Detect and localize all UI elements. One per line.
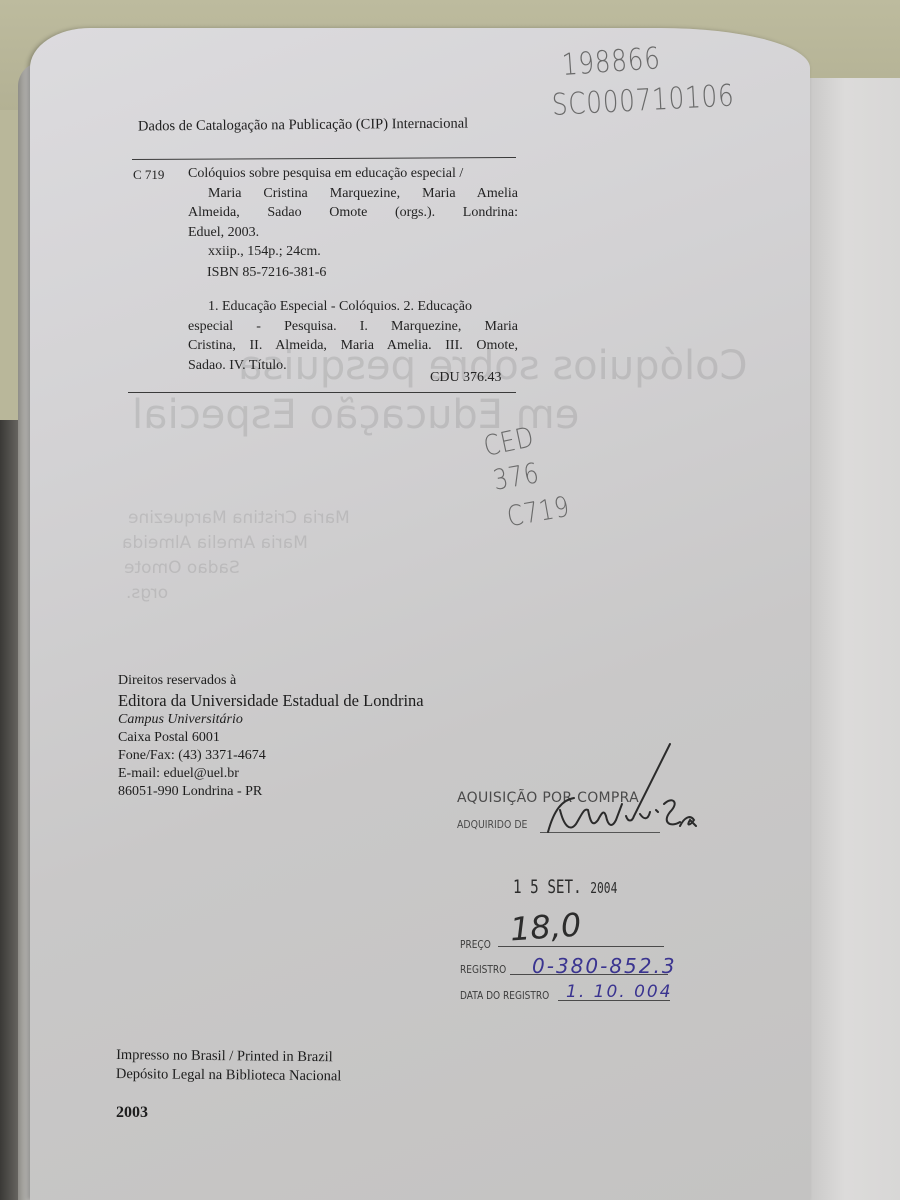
cip-entry-line: Almeida, Sadao Omote (orgs.). Londrina: (188, 203, 518, 223)
cip-entry-line: Maria Cristina Marquezine, Maria Amelia (188, 184, 518, 204)
printed-in: Impresso no Brasil / Printed in Brazil (116, 1046, 342, 1067)
facing-page-edge (808, 78, 900, 1200)
publisher-address: 86051-990 Londrina - PR (118, 783, 424, 801)
cip-entry-line: Colóquios sobre pesquisa em educação esp… (188, 164, 518, 184)
subject-line: Cristina, II. Almeida, Maria Amelia. III… (188, 336, 518, 356)
publisher-phone: Fone/Fax: (43) 3371-4674 (118, 747, 424, 765)
registry-label: REGISTRO (460, 963, 506, 976)
price-value: 18,0 (509, 906, 583, 949)
imprint-info: Impresso no Brasil / Printed in Brazil D… (116, 1046, 342, 1086)
registry-value: 0-380-852.3 (532, 954, 677, 978)
publisher-campus: Campus Universitário (118, 711, 424, 729)
cip-header: Dados de Catalogação na Publicação (CIP)… (138, 116, 468, 136)
show-through-editor: Sadao Omote (124, 558, 240, 578)
cip-bottom-rule (128, 392, 516, 393)
cip-subjects: 1. Educação Especial - Colóquios. 2. Edu… (188, 297, 518, 375)
call-number: C 719 (133, 165, 164, 185)
date-stamp: 1 5 SET. 2004 (513, 876, 617, 898)
date-year: 2004 (590, 879, 617, 897)
cdu-classification: CDU 376.43 (430, 370, 502, 386)
isbn: ISBN 85-7216-381-6 (207, 265, 326, 281)
cip-entry-line: xxiip., 154p.; 24cm. (188, 242, 518, 262)
rights-statement: Direitos reservados à (118, 672, 424, 690)
cip-entry: Colóquios sobre pesquisa em educação esp… (188, 164, 518, 262)
price-label: PREÇO (460, 938, 491, 951)
subject-line: 1. Educação Especial - Colóquios. 2. Edu… (188, 297, 518, 317)
handwritten-acquisition-number: 198866 (561, 41, 662, 83)
acquired-from-label: ADQUIRIDO DE (457, 818, 527, 831)
registry-date-label: DATA DO REGISTRO (460, 989, 549, 1002)
publisher-email: E-mail: eduel@uel.br (118, 765, 424, 783)
publisher-po-box: Caixa Postal 6001 (118, 729, 424, 747)
registry-date-value: 1. 10. 004 (566, 982, 673, 1002)
show-through-editor: Maria Amelia Almeida (122, 533, 308, 553)
date-day: 1 5 (513, 876, 539, 898)
legal-deposit: Depósito Legal na Biblioteca Nacional (116, 1065, 342, 1086)
publisher-name: Editora da Universidade Estadual de Lond… (118, 690, 424, 711)
date-month: SET. (547, 876, 581, 898)
publisher-info: Direitos reservados à Editora da Univers… (118, 672, 424, 801)
signature-icon (540, 740, 710, 840)
cip-entry-line: Eduel, 2003. (188, 223, 518, 243)
subject-line: especial - Pesquisa. I. Marquezine, Mari… (188, 317, 518, 337)
show-through-editor: Maria Cristina Marquezine (128, 508, 350, 528)
publication-year: 2003 (116, 1104, 148, 1122)
show-through-editor: orgs. (126, 583, 168, 603)
